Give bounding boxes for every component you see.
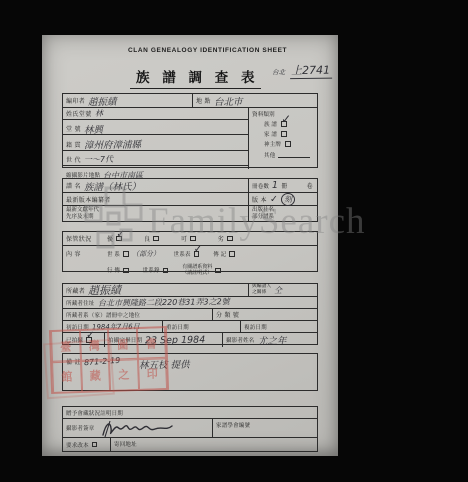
- content-label: 內 容: [66, 249, 104, 258]
- latest-docs-label: 最新文獻年代 先序及末期: [66, 207, 99, 221]
- film-date-value: 23 Sep 1984: [145, 334, 205, 346]
- content-register-label: 世系錄: [143, 266, 160, 274]
- holder-table: 所藏者 趙振績 與編譜人 之關係 仝 所藏者住址 台北市興隆路二段220巷31弄…: [62, 283, 318, 345]
- type-option-genealogy-label: 族 譜: [264, 120, 277, 128]
- edition-check: ✓: [270, 193, 278, 204]
- remarks-box: 備 註 871-2-19 林五枝 提供: [62, 353, 318, 391]
- publisher-label: 出版社名 部分譜系: [252, 207, 274, 221]
- call-number: 台北 上2741: [272, 59, 332, 79]
- film-date-label: 拍攝完畢日期: [108, 336, 142, 344]
- keep-fair-label: 可: [181, 234, 187, 243]
- photographer-signature: [98, 419, 212, 437]
- checkbox-ancestral-tablet: ✓: [285, 141, 291, 147]
- checkbox-lineage: ✓: [123, 251, 129, 257]
- relation-label-line1: 與編譜人: [252, 284, 271, 289]
- content-records-label: 行 傳: [107, 266, 120, 274]
- return-address-label: 寄回地址: [114, 440, 137, 448]
- relation-value: 仝: [274, 284, 282, 295]
- checkbox-keep-excellent: ✓: [116, 236, 122, 242]
- chinese-title: 族 譜 調 查 表: [130, 66, 261, 89]
- edition-value: 刻: [281, 192, 295, 205]
- title-edition-table: 譜 名 族譜（林氏） 冊卷數 1 冊 卷 最新版本編纂者 版 本 ✓ 刻: [62, 178, 318, 222]
- relation-label-line2: 之關係: [252, 290, 266, 295]
- checkbox-genealogy: ✓: [281, 121, 287, 127]
- generations-value: 一～7代: [84, 154, 113, 165]
- latest-docs-label-line1: 最新文獻年代: [66, 207, 99, 213]
- origin-value: 漳州府漳浦縣: [84, 137, 141, 152]
- place-value: 台北市: [214, 93, 243, 107]
- title-value: 族譜（林氏）: [84, 178, 141, 193]
- photographer-name-value: 尤之年: [257, 333, 286, 347]
- content-lineage-note: （部分）: [132, 249, 160, 259]
- volumes-value: 1: [272, 180, 278, 191]
- address-value: 台北市興隆路二段220巷31弄3之2號: [97, 296, 229, 309]
- scroll-unit: 卷: [307, 181, 313, 190]
- relation-label: 與編譜人 之關係: [252, 284, 271, 296]
- condition-content-table: 保管狀況 優✓ 良✓ 可✓ 劣✓ 內 容 世 系✓（部分） 世系表✓ 傳 記✓: [62, 231, 318, 272]
- origin-label: 籍 貫: [66, 140, 81, 149]
- surname-label: 姓氏堂號: [66, 109, 92, 118]
- latest-docs-label-line2: 先序及末期: [66, 214, 94, 220]
- publisher-label-line1: 出版社名: [252, 207, 274, 213]
- position-label: 所藏者系（家）譜冊中之地位: [66, 311, 140, 319]
- content-related-label: 有關譜系資料（請註明式）: [182, 264, 212, 277]
- keep-label: 保管狀況: [66, 234, 104, 243]
- keep-excellent-label: 優: [107, 234, 113, 243]
- content-lineage-chart-label: 世系表: [174, 250, 191, 258]
- remarks-text: 林五枝 提供: [139, 357, 190, 372]
- content-related-line2: （請註明式）: [182, 270, 212, 276]
- place-label: 地 點: [196, 96, 211, 105]
- remarks-number: 871-2-19: [84, 356, 121, 368]
- checkbox-related-materials: ✓: [215, 268, 221, 274]
- edition-label: 版 本: [252, 195, 267, 204]
- checkbox-filmed: ✓: [86, 337, 92, 343]
- check-mark: ✓: [86, 330, 94, 341]
- remarks-label: 備 註: [66, 357, 81, 366]
- donation-status-label: 贈予會藏狀況註明日期: [66, 409, 123, 417]
- revisit-label: 重訪日期: [166, 323, 189, 331]
- checkbox-lineage-chart: ✓: [194, 251, 200, 257]
- holder-label: 所藏者: [66, 286, 85, 295]
- other-blank-line: [278, 151, 310, 158]
- request-copy-label: 要求改本: [66, 441, 89, 449]
- generations-label: 世 代: [66, 155, 81, 164]
- volumes-label: 冊卷數: [252, 182, 269, 190]
- check-mark: ✓: [281, 112, 291, 126]
- publisher-label-line2: 部分譜系: [252, 214, 274, 220]
- photographer-sign-label: 攝影者簽章: [66, 424, 95, 432]
- filmed-label: 已拍攝: [66, 336, 83, 344]
- second-visit-label: 複訪日期: [244, 323, 267, 331]
- checkbox-family-record: ✓: [281, 131, 287, 137]
- class-number-label: 分 類 號: [216, 310, 239, 319]
- checkbox-records: ✓: [123, 268, 129, 274]
- photographer-name-label: 攝影者姓名: [226, 336, 255, 344]
- scanned-form-sheet: CLAN GENEALOGY IDENTIFICATION SHEET 族 譜 …: [42, 35, 338, 456]
- type-other-label: 其他: [264, 151, 275, 159]
- society-number-label: 家譜學會編號: [216, 421, 250, 429]
- english-title: CLAN GENEALOGY IDENTIFICATION SHEET: [128, 47, 287, 54]
- compiler-value: 趙振績: [88, 93, 117, 107]
- type-option-family-record-label: 家 譜: [264, 130, 277, 138]
- address-label: 所藏者住址: [66, 299, 95, 307]
- basic-info-table: 編印者 趙振績 地 點 台北市 姓氏堂號 林 堂 號 林興 籍 貫: [62, 93, 318, 168]
- surname-value: 林: [95, 108, 103, 119]
- check-mark: ✓: [194, 244, 202, 255]
- hall-value: 林興: [84, 121, 103, 135]
- volume-unit: 冊: [281, 181, 287, 190]
- call-number-value: 上2741: [290, 64, 332, 80]
- checkbox-keep-fair: ✓: [190, 236, 196, 242]
- call-number-place: 台北: [272, 68, 285, 76]
- title-label: 譜 名: [66, 181, 81, 190]
- type-option-ancestral-tablet-label: 神主牌: [264, 140, 281, 148]
- content-biography-label: 傳 記: [213, 250, 226, 258]
- keep-good-label: 良: [144, 234, 150, 243]
- checkbox-keep-poor: ✓: [227, 236, 233, 242]
- screenshot-root: { "marks": { "tick": "✓" }, "watermark":…: [0, 0, 468, 482]
- checkbox-register: ✓: [163, 268, 169, 274]
- hall-label: 堂 號: [66, 124, 81, 133]
- checkbox-biography: ✓: [229, 251, 235, 257]
- check-mark: ✓: [116, 229, 124, 240]
- content-lineage-label: 世 系: [107, 250, 120, 258]
- checkbox-keep-good: ✓: [153, 236, 159, 242]
- footer-table: 贈予會藏狀況註明日期 攝影者簽章 家譜學會編號 要求改本: [62, 406, 318, 452]
- first-visit-value: 1984年7月6日: [92, 321, 140, 332]
- holder-value: 趙振績: [88, 282, 121, 298]
- compiler-label: 編印者: [66, 96, 85, 105]
- keep-poor-label: 劣: [218, 234, 224, 243]
- editor-label: 最新版本編纂者: [66, 195, 111, 204]
- checkbox-request-copy: [92, 442, 98, 448]
